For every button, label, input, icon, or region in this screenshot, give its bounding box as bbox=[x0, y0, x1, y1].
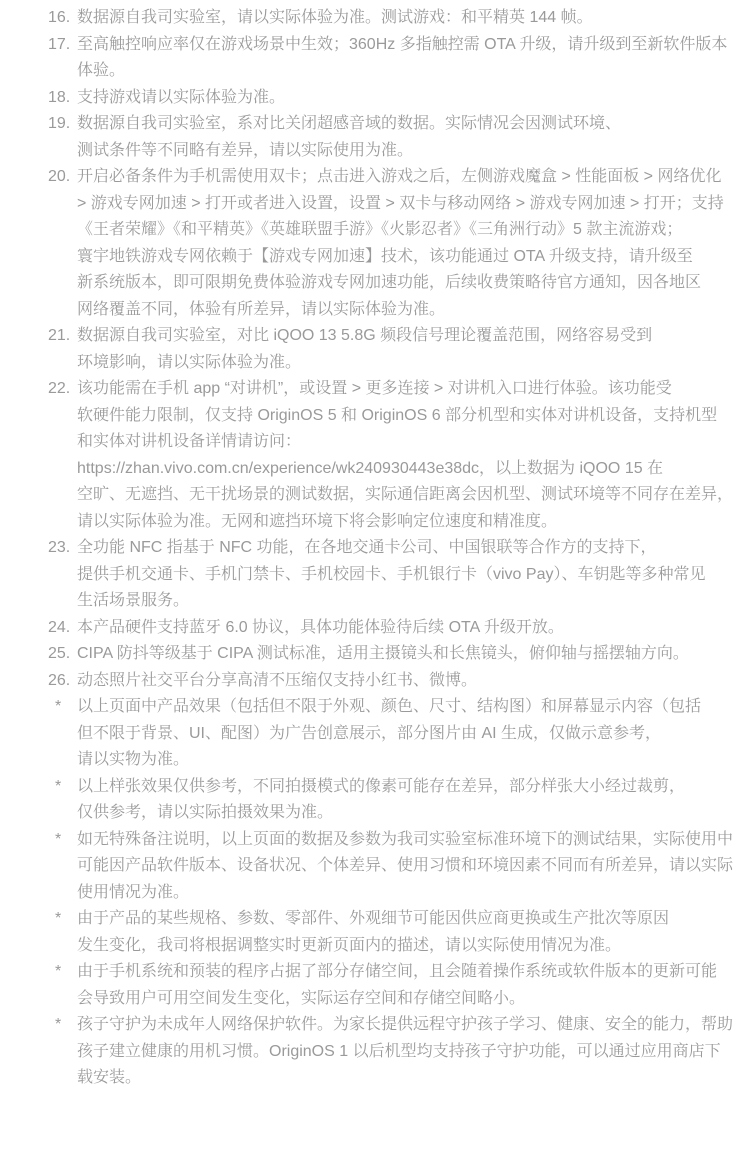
note-text: 动态照片社交平台分享高清不压缩仅支持小红书、微博。 bbox=[77, 668, 738, 695]
note-item: 19. 数据源自我司实验室，系对比关闭超感音域的数据。实际情况会因测试环境、 测… bbox=[48, 111, 738, 164]
note-text: 数据源自我司实验室，对比 iQOO 13 5.8G 频段信号理论覆盖范围，网络容… bbox=[77, 323, 738, 376]
note-marker: 21. bbox=[48, 323, 77, 350]
note-text: 数据源自我司实验室，请以实际体验为准。测试游戏：和平精英 144 帧。 bbox=[77, 5, 738, 32]
note-item: * 由于手机系统和预装的程序占据了部分存储空间，且会随着操作系统或软件版本的更新… bbox=[48, 959, 738, 1012]
note-item: 21. 数据源自我司实验室，对比 iQOO 13 5.8G 频段信号理论覆盖范围… bbox=[48, 323, 738, 376]
note-item: 17. 至高触控响应率仅在游戏场景中生效；360Hz 多指触控需 OTA 升级，… bbox=[48, 32, 738, 85]
note-text: 开启必备条件为手机需使用双卡；点击进入游戏之后，左侧游戏魔盒 > 性能面板 > … bbox=[77, 164, 738, 323]
note-item: * 由于产品的某些规格、参数、零部件、外观细节可能因供应商更换或生产批次等原因 … bbox=[48, 906, 738, 959]
note-marker-asterisk: * bbox=[48, 827, 77, 854]
note-marker-asterisk: * bbox=[48, 906, 77, 933]
note-marker: 18. bbox=[48, 85, 77, 112]
disclaimer-notes-list: 16. 数据源自我司实验室，请以实际体验为准。测试游戏：和平精英 144 帧。 … bbox=[0, 0, 750, 1092]
note-text: 以上样张效果仅供参考，不同拍摄模式的像素可能存在差异，部分样张大小经过裁剪， 仅… bbox=[77, 774, 738, 827]
note-item: * 以上样张效果仅供参考，不同拍摄模式的像素可能存在差异，部分样张大小经过裁剪，… bbox=[48, 774, 738, 827]
note-marker-asterisk: * bbox=[48, 959, 77, 986]
note-text: 由于手机系统和预装的程序占据了部分存储空间，且会随着操作系统或软件版本的更新可能… bbox=[77, 959, 738, 1012]
note-item: * 以上页面中产品效果（包括但不限于外观、颜色、尺寸、结构图）和屏幕显示内容（包… bbox=[48, 694, 738, 774]
note-marker: 16. bbox=[48, 5, 77, 32]
note-text: CIPA 防抖等级基于 CIPA 测试标准，适用主摄镜头和长焦镜头，俯仰轴与摇摆… bbox=[77, 641, 738, 668]
note-item: * 孩子守护为未成年人网络保护软件。为家长提供远程守护孩子学习、健康、安全的能力… bbox=[48, 1012, 738, 1092]
note-text: 孩子守护为未成年人网络保护软件。为家长提供远程守护孩子学习、健康、安全的能力，帮… bbox=[77, 1012, 738, 1092]
note-item: 23. 全功能 NFC 指基于 NFC 功能，在各地交通卡公司、中国银联等合作方… bbox=[48, 535, 738, 615]
note-text: 本产品硬件支持蓝牙 6.0 协议，具体功能体验待后续 OTA 升级开放。 bbox=[77, 615, 738, 642]
note-text: 如无特殊备注说明，以上页面的数据及参数为我司实验室标准环境下的测试结果，实际使用… bbox=[77, 827, 738, 907]
note-text: 至高触控响应率仅在游戏场景中生效；360Hz 多指触控需 OTA 升级，请升级到… bbox=[77, 32, 738, 85]
note-marker-asterisk: * bbox=[48, 774, 77, 801]
note-item: 24. 本产品硬件支持蓝牙 6.0 协议，具体功能体验待后续 OTA 升级开放。 bbox=[48, 615, 738, 642]
note-item: 18. 支持游戏请以实际体验为准。 bbox=[48, 85, 738, 112]
note-marker-asterisk: * bbox=[48, 1012, 77, 1039]
note-marker-asterisk: * bbox=[48, 694, 77, 721]
note-marker: 17. bbox=[48, 32, 77, 59]
note-marker: 19. bbox=[48, 111, 77, 138]
note-marker: 23. bbox=[48, 535, 77, 562]
note-item: 25. CIPA 防抖等级基于 CIPA 测试标准，适用主摄镜头和长焦镜头，俯仰… bbox=[48, 641, 738, 668]
note-text: 数据源自我司实验室，系对比关闭超感音域的数据。实际情况会因测试环境、 测试条件等… bbox=[77, 111, 738, 164]
note-text: 以上页面中产品效果（包括但不限于外观、颜色、尺寸、结构图）和屏幕显示内容（包括 … bbox=[77, 694, 738, 774]
note-marker: 25. bbox=[48, 641, 77, 668]
note-marker: 26. bbox=[48, 668, 77, 695]
note-item: * 如无特殊备注说明，以上页面的数据及参数为我司实验室标准环境下的测试结果，实际… bbox=[48, 827, 738, 907]
note-marker: 20. bbox=[48, 164, 77, 191]
note-text: 由于产品的某些规格、参数、零部件、外观细节可能因供应商更换或生产批次等原因 发生… bbox=[77, 906, 738, 959]
note-marker: 24. bbox=[48, 615, 77, 642]
note-item: 26. 动态照片社交平台分享高清不压缩仅支持小红书、微博。 bbox=[48, 668, 738, 695]
note-text: 该功能需在手机 app “对讲机”，或设置 > 更多连接 > 对讲机入口进行体验… bbox=[77, 376, 738, 535]
note-text: 全功能 NFC 指基于 NFC 功能，在各地交通卡公司、中国银联等合作方的支持下… bbox=[77, 535, 738, 615]
note-item: 20. 开启必备条件为手机需使用双卡；点击进入游戏之后，左侧游戏魔盒 > 性能面… bbox=[48, 164, 738, 323]
note-item: 22. 该功能需在手机 app “对讲机”，或设置 > 更多连接 > 对讲机入口… bbox=[48, 376, 738, 535]
note-text: 支持游戏请以实际体验为准。 bbox=[77, 85, 738, 112]
note-item: 16. 数据源自我司实验室，请以实际体验为准。测试游戏：和平精英 144 帧。 bbox=[48, 5, 738, 32]
note-marker: 22. bbox=[48, 376, 77, 403]
